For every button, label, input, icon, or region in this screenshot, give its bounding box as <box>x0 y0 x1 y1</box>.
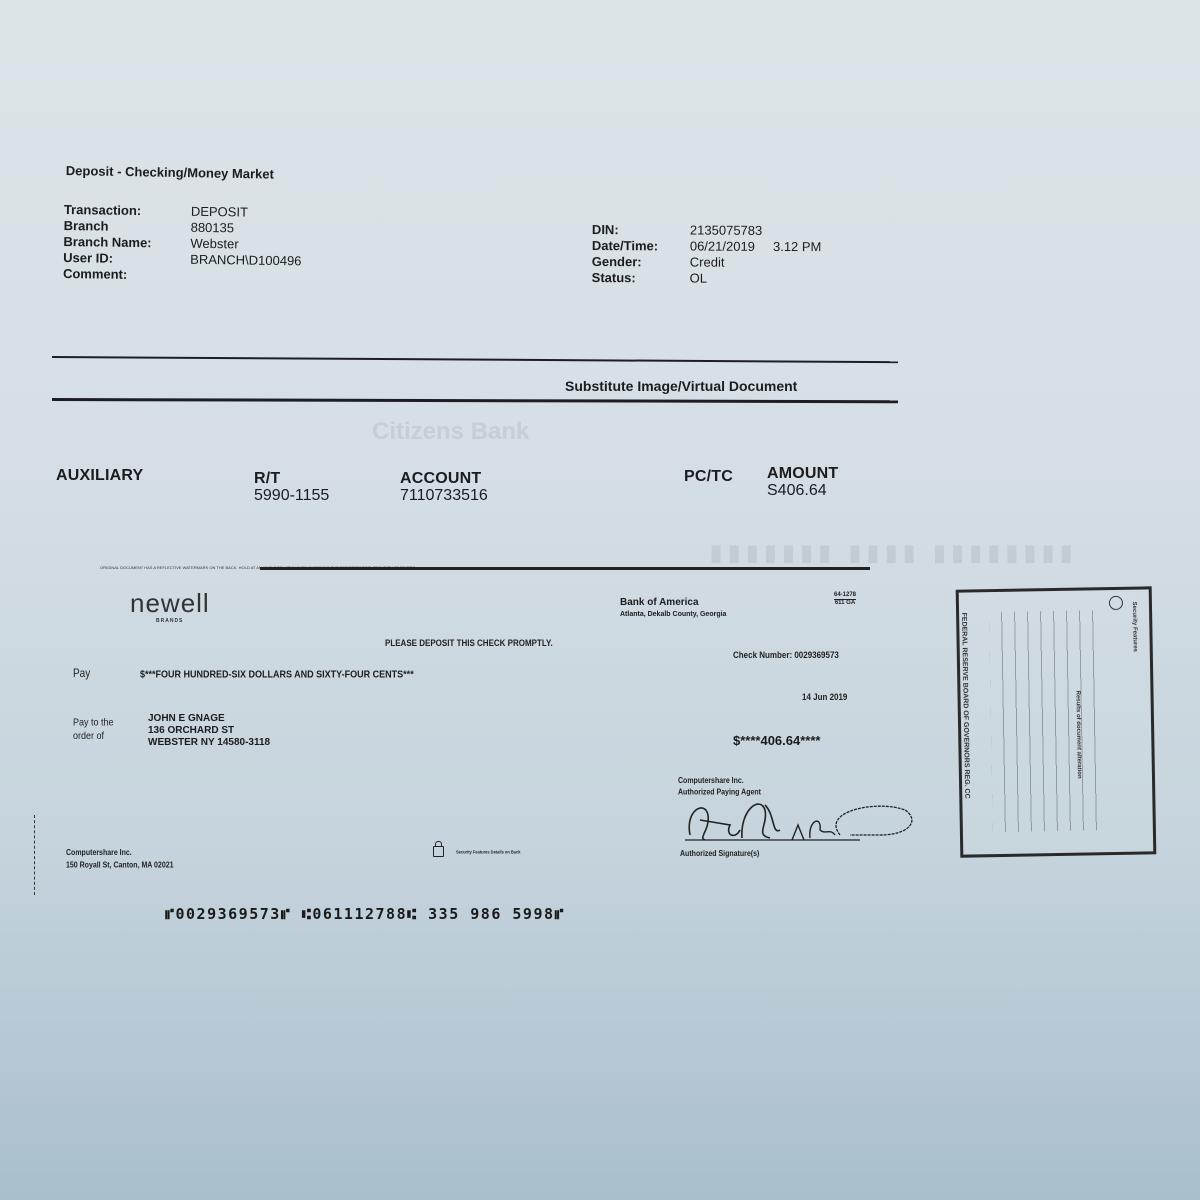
transaction-info-left: Transaction:DEPOSIT Branch880135 Branch … <box>63 202 302 285</box>
endorsement-stamp: Security Features Results of document al… <box>956 586 1157 857</box>
payer-logo: newell <box>130 588 210 619</box>
amount-value: S406.64 <box>767 482 827 500</box>
divider-top <box>52 356 898 363</box>
drawer-address: 150 Royall St, Canton, MA 02021 <box>66 860 174 873</box>
payee-address: JOHN E GNAGE 136 ORCHARD ST WEBSTER NY 1… <box>148 713 270 749</box>
payee-street: 136 ORCHARD ST <box>148 725 270 737</box>
bank-name: Bank of America <box>620 597 699 608</box>
deposit-instruction: PLEASE DEPOSIT THIS CHECK PROMPTLY. <box>385 638 553 648</box>
show-through-bank-name: Citizens Bank <box>372 418 529 446</box>
section-title: Substitute Image/Virtual Document <box>565 378 797 394</box>
show-through-micr: ▮▮▮▮▮▮▮ ▮▮▮▮ ▮▮▮▮▮▮▮▮ <box>710 540 1078 566</box>
auxiliary-label: AUXILIARY <box>56 467 143 485</box>
amount-label: AMOUNT <box>767 465 838 483</box>
check-number: Check Number: 0029369573 <box>733 650 839 660</box>
pay-label: Pay <box>73 668 90 681</box>
account-value: 7110733516 <box>400 487 488 505</box>
payee-name: JOHN E GNAGE <box>148 713 270 725</box>
field-status: Status:OL <box>592 270 822 287</box>
pctc-label: PC/TC <box>684 468 733 486</box>
rt-label: R/T <box>254 470 280 488</box>
payee-city: WEBSTER NY 14580-3118 <box>148 737 270 749</box>
check-date: 14 Jun 2019 <box>802 692 847 702</box>
field-date-time: Date/Time:06/21/2019 3.12 PM <box>592 238 822 255</box>
endorsement-lines <box>989 610 1103 832</box>
pay-to-label: Pay to the order of <box>73 715 114 743</box>
payer-logo-sub: BRANDS <box>156 618 183 624</box>
micr-line: ⑈0029369573⑈ ⑆061112788⑆ 335 986 5998⑈ <box>165 905 565 923</box>
rt-value: 5990-1155 <box>254 487 329 505</box>
written-amount: $***FOUR HUNDRED-SIX DOLLARS AND SIXTY-F… <box>140 669 414 680</box>
drawer-name: Computershare Inc. <box>66 847 174 860</box>
document-title: Deposit - Checking/Money Market <box>66 163 274 182</box>
endorsement-seal-icon <box>1109 596 1123 610</box>
field-comment: Comment: <box>63 266 301 285</box>
field-din: DIN:2135075783 <box>592 222 822 239</box>
account-label: ACCOUNT <box>400 470 481 488</box>
security-note: Security Features Details on Back <box>456 849 520 855</box>
security-strip: ORIGINAL DOCUMENT HAS A REFLECTIVE WATER… <box>100 566 870 571</box>
signature-label: Authorized Signature(s) <box>680 850 759 858</box>
crop-mark <box>34 815 36 895</box>
padlock-icon <box>433 846 444 857</box>
transaction-info-right: DIN:2135075783 Date/Time:06/21/2019 3.12… <box>592 222 822 287</box>
numeric-amount: $****406.64**** <box>733 733 820 748</box>
drawer-info: Computershare Inc. 150 Royall St, Canton… <box>66 847 174 872</box>
bank-location: Atlanta, Dekalb County, Georgia <box>620 611 726 618</box>
field-gender: Gender:Credit <box>592 254 822 271</box>
divider-bottom <box>52 398 898 403</box>
signature <box>680 790 920 850</box>
endorsement-footer: FEDERAL RESERVE BOARD OF GOVERNORS REG. … <box>960 613 970 799</box>
routing-fraction: 64-1278 611 GA <box>834 592 856 606</box>
endorsement-header: Security Features <box>1131 602 1138 652</box>
